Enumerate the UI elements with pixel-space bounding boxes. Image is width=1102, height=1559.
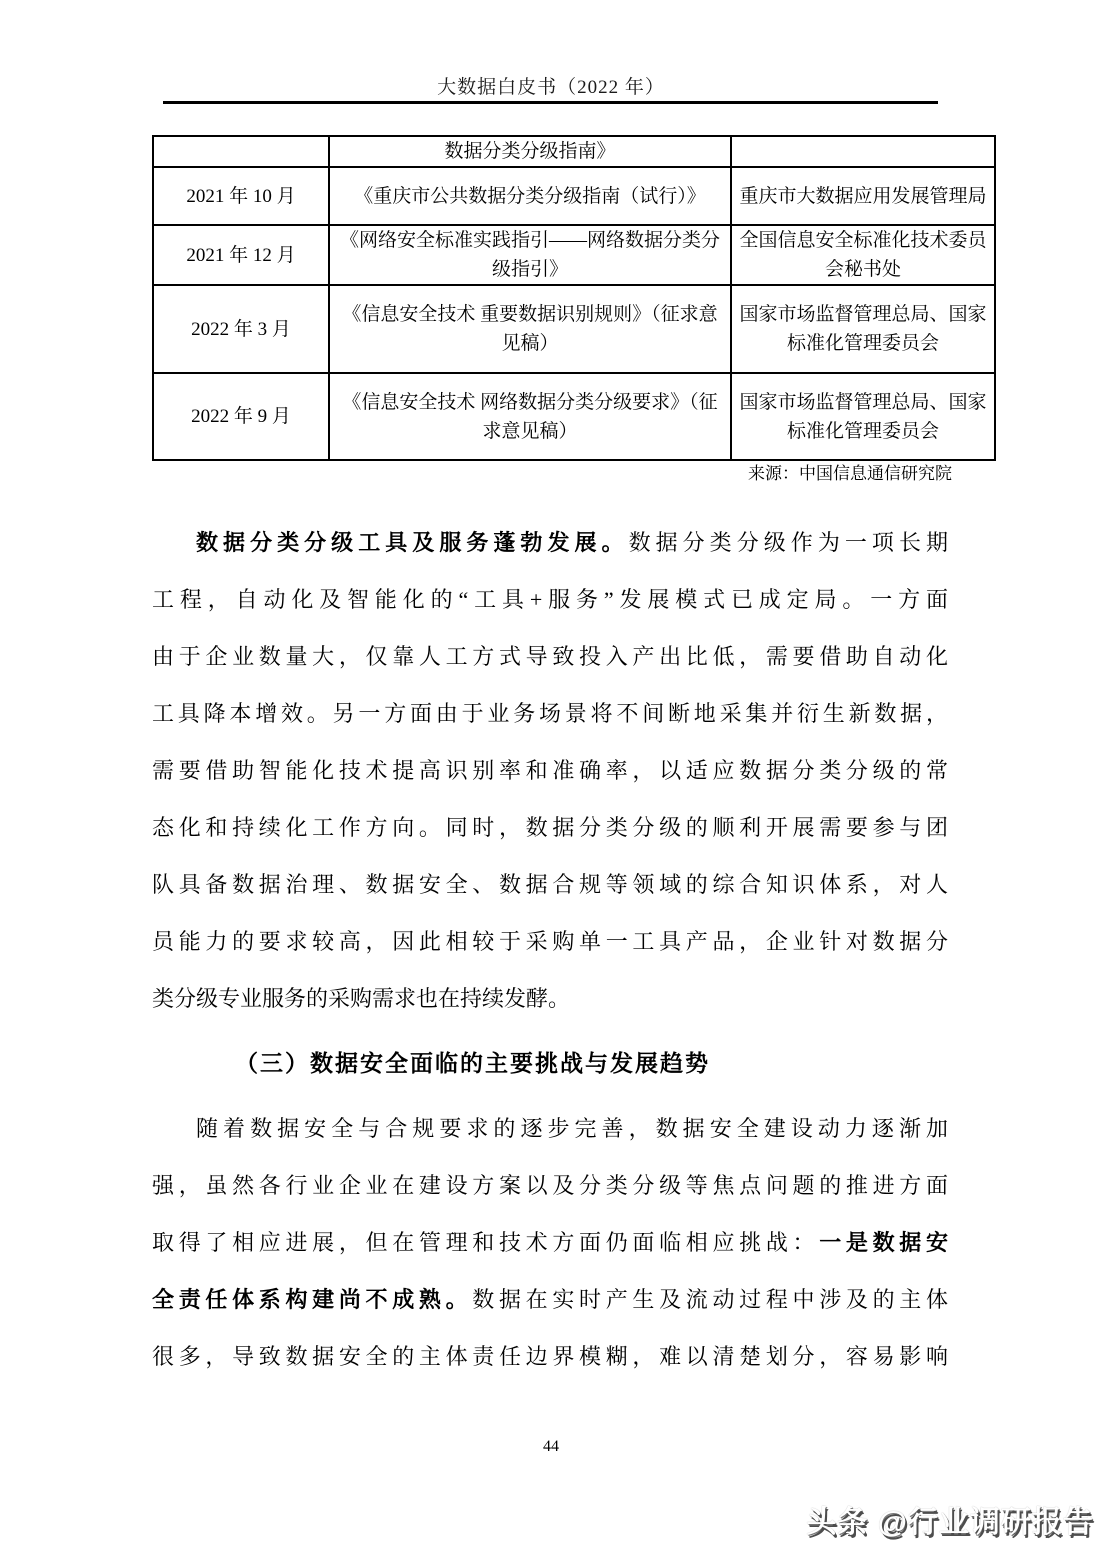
table-source-note: 来源：中国信息通信研究院	[152, 459, 952, 489]
text-line: 工程，自动化及智能化的“工具+服务”发展模式已成定局。一方面	[152, 571, 948, 628]
cell-document: 数据分类分级指南》	[329, 136, 731, 167]
text-line: 态化和持续化工作方向。同时，数据分类分级的顺利开展需要参与团	[152, 799, 948, 856]
text-line: 由于企业数量大，仅靠人工方式导致投入产出比低，需要借助自动化	[152, 628, 948, 685]
paragraph-2: 随着数据安全与合规要求的逐步完善，数据安全建设动力逐渐加 强，虽然各行业企业在建…	[152, 1100, 948, 1385]
table-row: 2021 年 10 月 《重庆市公共数据分类分级指南（试行）》 重庆市大数据应用…	[153, 167, 995, 225]
cell-organization: 国家市场监督管理总局、国家标准化管理委员会	[731, 285, 995, 373]
text-line: 取得了相应进展，但在管理和技术方面仍面临相应挑战：一是数据安	[152, 1214, 948, 1271]
document-page: 大数据白皮书（2022 年） 数据分类分级指南》 2021 年 10 月 《重庆…	[0, 0, 1102, 1559]
text-line: 随着数据安全与合规要求的逐步完善，数据安全建设动力逐渐加	[152, 1100, 948, 1157]
text-line: 员能力的要求较高，因此相较于采购单一工具产品，企业针对数据分	[152, 913, 948, 970]
text-line: 数据分类分级工具及服务蓬勃发展。数据分类分级作为一项长期	[152, 514, 948, 571]
paragraph-1: 数据分类分级工具及服务蓬勃发展。数据分类分级作为一项长期 工程，自动化及智能化的…	[152, 514, 948, 1027]
cell-organization: 全国信息安全标准化技术委员会秘书处	[731, 225, 995, 285]
line-regular: 取得了相应进展，但在管理和技术方面仍面临相应挑战：	[152, 1230, 819, 1255]
table-row: 2021 年 12 月 《网络安全标准实践指引——网络数据分类分级指引》 全国信…	[153, 225, 995, 285]
cell-document: 《重庆市公共数据分类分级指南（试行）》	[329, 167, 731, 225]
table-row: 数据分类分级指南》	[153, 136, 995, 167]
lead-rest: 数据分类分级作为一项长期	[629, 530, 948, 555]
cell-document: 《信息安全技术 重要数据识别规则》（征求意见稿）	[329, 285, 731, 373]
cell-document: 《信息安全技术 网络数据分类分级要求》（征求意见稿）	[329, 373, 731, 460]
text-line: 很多，导致数据安全的主体责任边界模糊，难以清楚划分，容易影响	[152, 1328, 948, 1385]
page-header-title: 大数据白皮书（2022 年）	[0, 72, 1102, 99]
cell-date: 2022 年 3 月	[153, 285, 329, 373]
text-line: 队具备数据治理、数据安全、数据合规等领域的综合知识体系，对人	[152, 856, 948, 913]
watermark: 头条 @行业调研报告	[806, 1497, 1094, 1541]
page-number: 44	[0, 1438, 1102, 1456]
text-line: 类分级专业服务的采购需求也在持续发酵。	[152, 970, 948, 1027]
cell-date: 2022 年 9 月	[153, 373, 329, 460]
cell-organization: 重庆市大数据应用发展管理局	[731, 167, 995, 225]
cell-organization	[731, 136, 995, 167]
header-rule	[163, 101, 938, 104]
text-line: 工具降本增效。另一方面由于业务场景将不间断地采集并衍生新数据，	[152, 685, 948, 742]
cell-date: 2021 年 10 月	[153, 167, 329, 225]
line-regular: 数据在实时产生及流动过程中涉及的主体	[472, 1287, 948, 1312]
text-line: 全责任体系构建尚不成熟。数据在实时产生及流动过程中涉及的主体	[152, 1271, 948, 1328]
section-heading: （三）数据安全面临的主要挑战与发展趋势	[152, 1035, 948, 1092]
cell-date	[153, 136, 329, 167]
cell-document: 《网络安全标准实践指引——网络数据分类分级指引》	[329, 225, 731, 285]
policy-table: 数据分类分级指南》 2021 年 10 月 《重庆市公共数据分类分级指南（试行）…	[152, 135, 996, 461]
line-bold: 一是数据安	[819, 1230, 948, 1255]
cell-date: 2021 年 12 月	[153, 225, 329, 285]
table-row: 2022 年 9 月 《信息安全技术 网络数据分类分级要求》（征求意见稿） 国家…	[153, 373, 995, 460]
text-line: 强，虽然各行业企业在建设方案以及分类分级等焦点问题的推进方面	[152, 1157, 948, 1214]
table-row: 2022 年 3 月 《信息安全技术 重要数据识别规则》（征求意见稿） 国家市场…	[153, 285, 995, 373]
line-bold: 全责任体系构建尚不成熟。	[152, 1287, 472, 1312]
text-line: 需要借助智能化技术提高识别率和准确率，以适应数据分类分级的常	[152, 742, 948, 799]
bold-lead: 数据分类分级工具及服务蓬勃发展。	[196, 530, 629, 555]
cell-organization: 国家市场监督管理总局、国家标准化管理委员会	[731, 373, 995, 460]
